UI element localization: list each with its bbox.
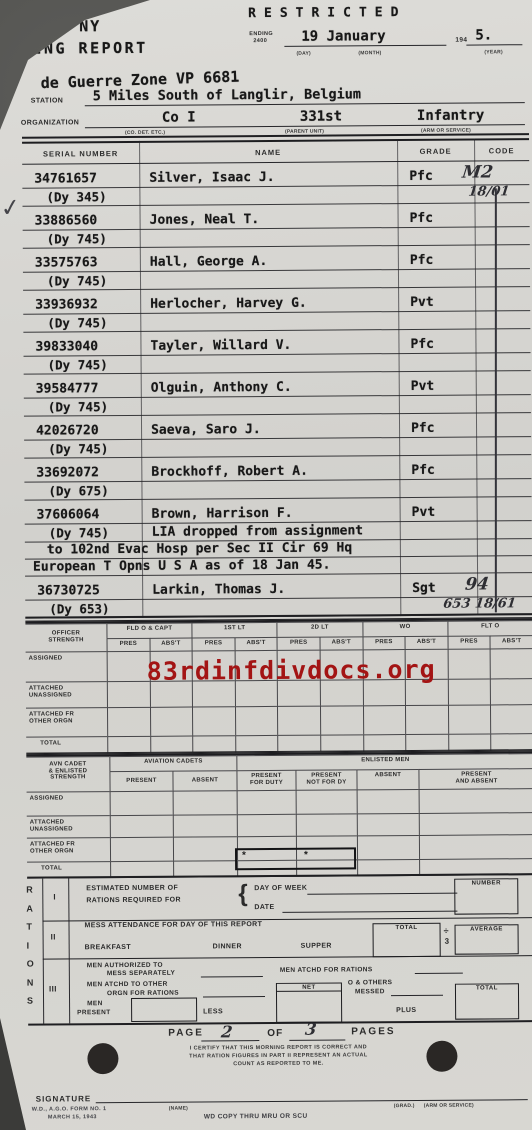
station-value: 5 Miles South of Langlir, Belgium [93, 86, 361, 104]
roster-entry: 42026720Saeva, Saro J.Pfc(Dy 745) [24, 413, 531, 459]
officer-empty-cell [490, 678, 532, 704]
supper-label: SUPPER [301, 943, 332, 950]
mess-separately-label: MESS SEPARATELY [107, 970, 175, 977]
scanned-morning-report: RESTRICTED NY ING REPORT ENDING 2400 19 … [0, 0, 532, 1130]
enlisted-empty-cell [110, 837, 173, 861]
officer-sub-header: PRES [192, 637, 235, 650]
men-authorized-label: MEN AUTHORIZED TO [87, 962, 163, 970]
enlisted-empty-cell [357, 789, 419, 813]
divide-sign: ÷ [444, 926, 449, 936]
serial-dy-cell: (Dy 745) [23, 231, 140, 247]
punch-hole-right [426, 1041, 457, 1072]
rations-i-brace: { [238, 880, 248, 908]
org-parent-value: 331st [300, 108, 342, 124]
col-header-name: NAME [139, 147, 397, 158]
rations-total-box: TOTAL [455, 983, 519, 1019]
grade-cell [399, 454, 476, 455]
roster-entry: 33886560Jones, Neal T.Pfc(Dy 745) [22, 203, 529, 249]
grade-cell: Pvt [400, 505, 477, 521]
officer-empty-cell [447, 648, 490, 678]
officer-row-label: ASSIGNED [26, 651, 107, 682]
enlisted-sub-header: PRESENT AND ABSENT [418, 768, 532, 789]
pages-underline [289, 1039, 345, 1040]
roster-line: 42026720Saeva, Saro J.Pfc [24, 413, 531, 441]
men-atchd-rations-label: MEN ATCHD FOR RATIONS [280, 966, 373, 974]
enlisted-empty-cell [110, 815, 173, 837]
serial-dy-cell: (Dy 653) [25, 601, 142, 617]
serial-cell: 42026720 [24, 423, 141, 439]
col-header-grade: GRADE [397, 146, 474, 156]
roster-line: 39584777Olguin, Anthony C.Pvt [24, 371, 531, 399]
officer-sub-header: PRES [447, 635, 490, 648]
net-box-label: NET [277, 983, 341, 991]
rations-vertical-letter: A [26, 903, 33, 913]
number-box-label: NUMBER [455, 879, 517, 886]
officer-sub-header: ABS'T [405, 636, 448, 649]
enlisted-strength-title: AVN CADET & ENLISTED STRENGTH [26, 756, 109, 792]
enlisted-empty-cell [419, 788, 532, 813]
enlisted-empty-cell [173, 836, 237, 860]
grade-cell [398, 244, 475, 245]
atchd-other-label-2: ORGN FOR RATIONS [107, 990, 179, 998]
enlisted-row-label: ASSIGNED [27, 791, 110, 816]
pages-label: PAGES [351, 1026, 395, 1037]
aviation-sub-header: ABSENT [172, 770, 236, 790]
copy-note: WD COPY THRU MRU OR SCU [204, 1113, 308, 1121]
enlisted-empty-cell [419, 834, 532, 859]
rations-numeral-3: III [49, 984, 57, 993]
arm-sublabel: (ARM OR SERVICE) [424, 1103, 474, 1109]
name-note-cell: LIA dropped from assignment [142, 523, 400, 540]
serial-dy-cell: (Dy 745) [24, 399, 141, 415]
officer-empty-cell [150, 707, 193, 736]
code-hand-bottom: 653 18/61 [442, 596, 516, 612]
serial-cell: 33575763 [23, 255, 140, 271]
rations-vline-1 [42, 879, 44, 1024]
officer-group-header: WO [362, 621, 447, 637]
officer-sub-header: PRES [277, 637, 320, 650]
enlisted-empty-cell [296, 789, 357, 813]
roster-line: 33886560Jones, Neal T.Pfc [22, 203, 529, 231]
roster-line: 33936932Herlocher, Harvey G.Pvt [23, 287, 530, 315]
grade-cell [398, 286, 475, 287]
roster-rows: 34761657Silver, Isaac J.Pfc(Dy 345)M218/… [22, 161, 532, 619]
officer-empty-cell [490, 704, 532, 733]
officer-group-header: FLD O & CAPT [106, 623, 191, 639]
roster-table: SERIAL NUMBER NAME GRADE CODE 34761657Si… [22, 138, 532, 619]
others-messed-label-1: O & OTHERS [348, 979, 393, 986]
roster-entry: 36730725Larkin, Thomas J.Sgt(Dy 653)9465… [25, 573, 532, 619]
year-prefix: 194 [455, 37, 467, 44]
rations-numeral-2: II [51, 932, 56, 941]
page-label: PAGE [168, 1027, 204, 1038]
name-sublabel: (NAME) [169, 1106, 188, 1112]
enlisted-row-label: ATTACHED FR OTHER ORGN [27, 837, 110, 862]
officer-group-header: 1ST LT [192, 622, 277, 638]
code-hand-top: M2 [461, 162, 494, 182]
officer-row-label: ATTACHED UNASSIGNED [26, 681, 107, 708]
station-label: STATION [31, 97, 64, 104]
rations-vertical-letter: T [26, 922, 32, 932]
officer-empty-cell [277, 706, 320, 735]
officer-strength-table: OFFICER STRENGTHFLD O & CAPT1ST LT2D LTW… [25, 618, 532, 755]
grade-cell: Pfc [398, 211, 475, 227]
serial-cell: 37606064 [25, 507, 142, 523]
grade-cell: Pfc [399, 463, 476, 479]
net-box: NET [276, 982, 342, 1022]
enlisted-empty-cell [237, 790, 296, 814]
serial-dy-cell: (Dy 345) [22, 189, 139, 205]
roster-entry: 39833040Tayler, Willard V.Pfc(Dy 745) [23, 329, 530, 375]
men-present-label-1: MEN [87, 1000, 103, 1007]
serial-dy-cell: (Dy 675) [24, 483, 141, 499]
serial-dy-cell: (Dy 745) [24, 441, 141, 457]
name-cell: Olguin, Anthony C. [141, 379, 399, 396]
rations-date-underline [282, 911, 457, 913]
year-sublabel: (YEAR) [484, 49, 502, 55]
grade-cell [398, 328, 475, 329]
serial-cell: 34761657 [22, 171, 139, 187]
enlisted-empty-cell [296, 813, 357, 835]
signature-label: SIGNATURE [36, 1094, 92, 1103]
name-cell: Jones, Neal T. [140, 211, 398, 228]
report-title-fragment-2: ING REPORT [32, 39, 147, 58]
breakfast-label: BREAKFAST [85, 944, 131, 951]
code-hand-bottom: 18/01 [468, 184, 511, 199]
roster-line: 34761657Silver, Isaac J.Pfc [22, 161, 529, 189]
report-title-fragment-1: NY [79, 17, 101, 35]
date-value: 19 January [301, 28, 385, 45]
rations-vertical-letters: RATIONS [0, 0, 528, 2]
rations-div-2 [43, 955, 532, 960]
enlisted-row-label: ATTACHED UNASSIGNED [27, 815, 110, 838]
officer-sub-header: ABS'T [319, 636, 362, 649]
roster-entry: 33692072Brockhoff, Robert A.Pfc(Dy 675) [24, 455, 531, 501]
watermark-text: 83rdinfdivdocs.org [147, 655, 436, 686]
pages-number-hand: 3 [304, 1020, 317, 1039]
officer-sub-header: ABS'T [149, 638, 192, 651]
name-cell: Brown, Harrison F. [142, 505, 400, 522]
enlisted-empty-cell [173, 790, 237, 814]
rations-vertical-letter: O [27, 959, 34, 969]
officer-empty-cell [320, 705, 363, 734]
name-cell: Hall, George A. [140, 253, 398, 270]
day-of-week-label: DAY OF WEEK [254, 885, 307, 892]
serial-cell: 39833040 [23, 339, 140, 355]
average-box: AVERAGE [455, 924, 519, 954]
org-unit-value: Co I [162, 109, 196, 125]
col-header-code: CODE [474, 146, 529, 155]
mess-total-box: TOTAL [373, 923, 441, 957]
officer-sub-header: PRES [107, 638, 150, 651]
roster-line: 39833040Tayler, Willard V.Pfc [23, 329, 530, 357]
men-atchd-rations-underline [415, 973, 463, 974]
officer-sub-header: ABS'T [490, 635, 532, 648]
grade-cell [399, 370, 476, 371]
atchd-other-label-1: MEN ATCHD TO OTHER [87, 981, 168, 989]
punch-hole-left [87, 1043, 118, 1074]
enlisted-sub-header: PRESENT FOR DUTY [236, 770, 295, 790]
margin-checkmark: ✓ [0, 192, 23, 224]
grade-cell: Pfc [398, 253, 475, 269]
organization-label: ORGANIZATION [21, 119, 79, 126]
serial-cell: 39584777 [24, 381, 141, 397]
rations-vertical-letter: N [27, 977, 34, 987]
ending-time-label: 2400 [253, 38, 267, 44]
org-arm-value: Infantry [417, 107, 485, 123]
name-cell: Herlocher, Harvey G. [140, 295, 398, 312]
month-sublabel: (MONTH) [358, 50, 381, 56]
roster-entry: 33575763Hall, George A.Pfc(Dy 745) [23, 245, 530, 291]
serial-cell: 33886560 [23, 213, 140, 229]
rations-i-label-1: ESTIMATED NUMBER OF [86, 885, 178, 893]
ending-label: ENDING [249, 31, 273, 37]
enlisted-sub-header: PRESENT NOT FOR DY [295, 769, 356, 789]
dinner-label: DINNER [213, 943, 242, 950]
form-number: W.D., A.G.O. FORM NO. 1 [32, 1106, 107, 1113]
grade-sublabel: (GRAD.) [394, 1103, 415, 1109]
year-value: 5. [475, 27, 492, 43]
certification-line-3: COUNT AS REPORTED TO ME. [138, 1059, 418, 1069]
roster-entry: 33936932Herlocher, Harvey G.Pvt(Dy 745) [23, 287, 530, 333]
rations-vertical-letter: R [26, 885, 33, 895]
name-cell: Larkin, Thomas J. [142, 581, 400, 598]
date-label: DATE [254, 904, 274, 911]
enlisted-total-box [235, 847, 356, 870]
aviation-cadets-header: AVIATION CADETS [109, 755, 236, 771]
plus-label: PLUS [396, 1007, 416, 1014]
roster-line: 33692072Brockhoff, Robert A.Pfc [24, 455, 531, 483]
roster-line: 37606064Brown, Harrison F.Pvt [25, 497, 532, 525]
enlisted-sub-header: ABSENT [356, 769, 418, 789]
rations-total-label: TOTAL [456, 984, 518, 991]
grade-cell [400, 496, 477, 497]
day-of-week-underline [307, 893, 457, 895]
name-cell: Silver, Isaac J. [139, 169, 397, 186]
divide-three: 3 [445, 937, 450, 946]
mess-separately-underline [201, 976, 263, 977]
asterisk-mark-2: * [304, 850, 308, 861]
mess-attendance-label: MESS ATTENDANCE FOR DAY OF THIS REPORT [84, 921, 262, 929]
enlisted-empty-cell [357, 813, 419, 835]
serial-dy-cell: (Dy 745) [23, 315, 140, 331]
grade-cell [400, 538, 477, 539]
serial-dy-cell: (Dy 745) [25, 525, 142, 541]
code-column-pencil-line [495, 188, 497, 612]
rations-numeral-1: I [53, 892, 56, 901]
enlisted-empty-cell [110, 861, 173, 877]
grade-cell: Pfc [399, 421, 476, 437]
others-messed-label-2: MESSED [355, 988, 385, 995]
others-messed-underline [391, 995, 443, 996]
men-present-label-2: PRESENT [77, 1009, 111, 1016]
serial-cell: 33936932 [23, 297, 140, 313]
serial-dy-cell: (Dy 745) [23, 273, 140, 289]
number-box: NUMBER [454, 878, 518, 914]
enlisted-empty-cell [173, 814, 237, 836]
rations-vertical-letter: S [27, 996, 33, 1006]
rations-vline-2 [68, 878, 70, 1023]
paper-sheet: RESTRICTED NY ING REPORT ENDING 2400 19 … [0, 0, 532, 1130]
code-hand-top: 94 [464, 574, 490, 594]
officer-empty-cell [107, 651, 150, 681]
officer-sub-header: PRES [362, 636, 405, 649]
officer-strength-title: OFFICER STRENGTH [25, 623, 106, 652]
roster-entry: 34761657Silver, Isaac J.Pfc(Dy 345)M218/… [22, 161, 529, 207]
day-sublabel: (DAY) [296, 51, 310, 57]
officer-row-label: ATTACHED FR OTHER ORGN [26, 707, 107, 737]
officer-empty-cell [405, 705, 448, 734]
serial-dy-cell: (Dy 745) [24, 357, 141, 373]
date-underline [284, 45, 446, 47]
grade-cell: Pvt [399, 379, 476, 395]
enlisted-empty-cell [110, 791, 173, 815]
enlisted-empty-cell [237, 814, 296, 836]
officer-group-header: FLT O [447, 620, 532, 636]
officer-empty-cell [107, 707, 150, 736]
average-box-label: AVERAGE [456, 925, 518, 932]
enlisted-empty-cell [357, 835, 419, 859]
officer-group-header: 2D LT [277, 621, 362, 637]
enlisted-empty-cell [357, 859, 419, 875]
year-underline [466, 44, 522, 45]
roster-line: 33575763Hall, George A.Pfc [23, 245, 530, 273]
officer-empty-cell [235, 706, 278, 735]
enlisted-empty-cell [173, 860, 237, 876]
officer-empty-cell [448, 678, 491, 704]
atchd-other-underline [203, 996, 265, 997]
serial-cell: 33692072 [24, 465, 141, 481]
officer-empty-cell [490, 648, 532, 678]
rations-vertical-letter: I [27, 940, 30, 950]
less-label: LESS [203, 1008, 223, 1015]
rations-section: RATIONS I II III ESTIMATED NUMBER OF RAT… [0, 0, 528, 2]
col-header-serial: SERIAL NUMBER [22, 148, 139, 158]
grade-cell: Pvt [398, 295, 475, 311]
enlisted-empty-cell [419, 812, 532, 835]
officer-empty-cell [448, 704, 491, 733]
name-cell: Saeva, Saro J. [141, 421, 399, 438]
page-number-hand: 2 [220, 1022, 233, 1041]
asterisk-mark-1: * [242, 850, 246, 861]
officer-empty-cell [107, 681, 150, 707]
officer-empty-cell [192, 706, 235, 735]
restricted-banner: RESTRICTED [248, 5, 406, 21]
form-date: MARCH 15, 1943 [48, 1114, 97, 1120]
grade-cell [397, 202, 474, 203]
roster-entry: 39584777Olguin, Anthony C.Pvt(Dy 745) [24, 371, 531, 417]
name-cell: Tayler, Willard V. [140, 337, 398, 354]
mess-total-label: TOTAL [374, 924, 440, 931]
grade-cell: Pfc [398, 337, 475, 353]
of-label: OF [267, 1028, 283, 1039]
men-present-box [131, 997, 197, 1021]
grade-cell [399, 412, 476, 413]
aviation-sub-header: PRESENT [109, 771, 172, 791]
officer-empty-cell [363, 705, 406, 734]
roster-entry: 37606064Brown, Harrison F.Pvt(Dy 745)LIA… [25, 497, 532, 577]
serial-cell: 36730725 [25, 583, 142, 599]
officer-sub-header: ABS'T [234, 637, 277, 650]
name-cell: Brockhoff, Robert A. [141, 463, 399, 480]
rations-i-label-2: RATIONS REQUIRED FOR [86, 897, 181, 905]
